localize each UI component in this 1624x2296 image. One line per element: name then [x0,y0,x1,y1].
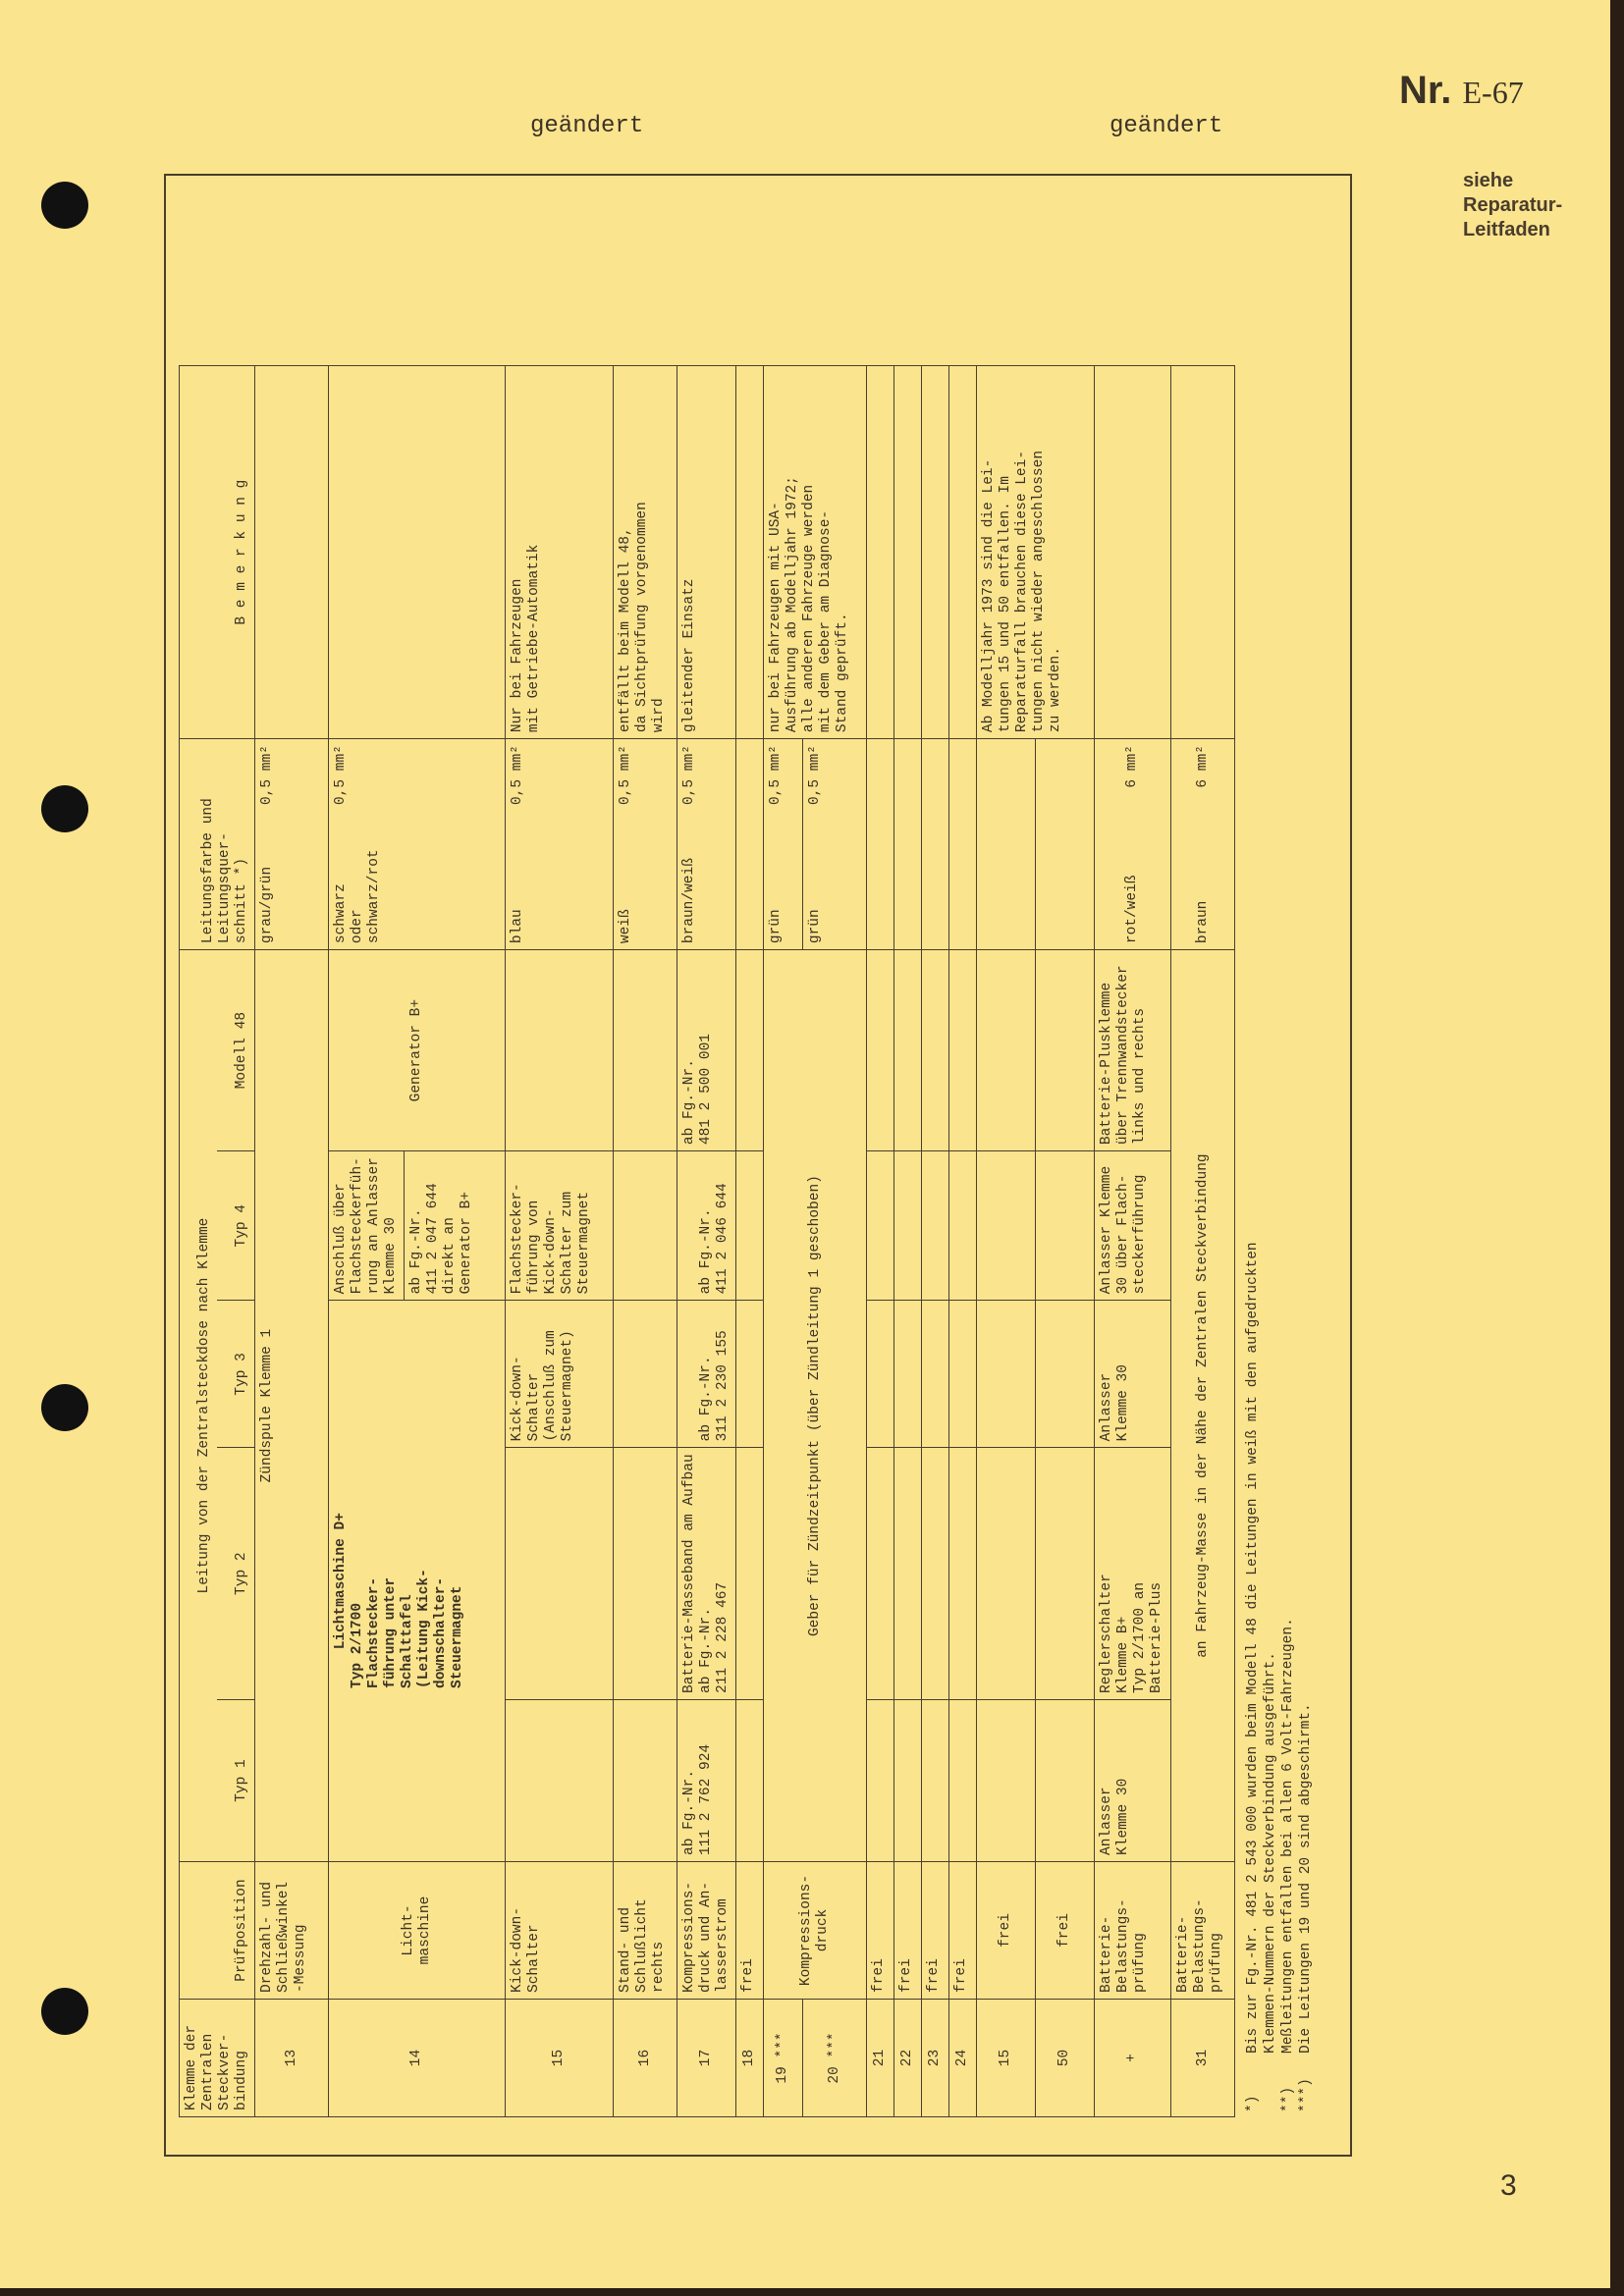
table-row: 16 Stand- und Schlußlicht rechts weiß0,5… [614,366,677,2117]
footnotes: *)Bis zur Fg.-Nr. 481 2 543 000 wurden b… [1244,1242,1315,2112]
table-row: 13 Drehzahl- und Schließwinkel -Messung … [255,366,329,2117]
punch-hole [41,1988,88,2035]
document-code: E-67 [1462,75,1523,110]
punch-hole [41,182,88,229]
header-modell48: Modell 48 [217,950,255,1151]
punch-hole [41,1384,88,1431]
table-row: 18 frei [736,366,764,2117]
footnote: **)Meßleitungen entfallen bei allen 6 Vo… [1279,1242,1297,2112]
header-typ1: Typ 1 [217,1700,255,1862]
header-leitung-group: Leitung von der Zentralsteckdose nach Kl… [180,950,218,1862]
punch-hole [41,785,88,832]
table-row: 24frei [949,366,977,2117]
changed-stamp-right: geändert [1110,113,1222,139]
table-row: 23frei [922,366,949,2117]
page-number: 3 [1500,2169,1517,2203]
table-row: 31 Batterie- Belastungs- prüfung an Fahr… [1171,366,1235,2117]
header-typ2: Typ 2 [217,1448,255,1700]
table-row: 17 Kompressions- druck und An- lasserstr… [677,366,736,2117]
rotated-table-sheet: Klemme der Zentralen Steckver- bindung P… [164,174,1352,2157]
table-row: + Batterie- Belastungs- prüfung Anlasser… [1095,366,1171,2117]
header-farbe: Leitungsfarbe und Leitungsquer- schnitt … [180,739,255,950]
table-row: 19 *** Kompressions- druck Geber für Zün… [764,366,803,2117]
changed-stamp-left: geändert [530,113,643,139]
table-row: 21frei [867,366,894,2117]
table-row: 15 Kick-down- Schalter Kick-down- Schalt… [506,366,614,2117]
table-row: 15 frei Ab Modelljahr 1973 sind die Lei-… [977,366,1036,2117]
wiring-table: Klemme der Zentralen Steckver- bindung P… [179,365,1235,2117]
header-typ3: Typ 3 [217,1301,255,1448]
scan-edge-right [1610,0,1624,2296]
footnote: ***)Die Leitungen 19 und 20 sind abgesch… [1297,1242,1315,2112]
table-row: 22frei [894,366,922,2117]
header-typ4: Typ 4 [217,1151,255,1301]
side-note: siehe Reparatur- Leitfaden [1463,169,1562,242]
header-bemerkung: B e m e r k u n g [180,366,255,739]
table-row: 14 Licht- maschine Lichtmaschine D+Typ 2… [329,366,506,2117]
footnote: *)Bis zur Fg.-Nr. 481 2 543 000 wurden b… [1244,1242,1279,2112]
header-klemme: Klemme der Zentralen Steckver- bindung [180,2000,255,2117]
header-pruefposition: Prüfposition [180,1862,255,2000]
table-header-group: Klemme der Zentralen Steckver- bindung P… [180,366,218,2117]
scan-edge-bottom [0,2288,1624,2296]
document-number: Nr. E-67 [1399,69,1524,113]
